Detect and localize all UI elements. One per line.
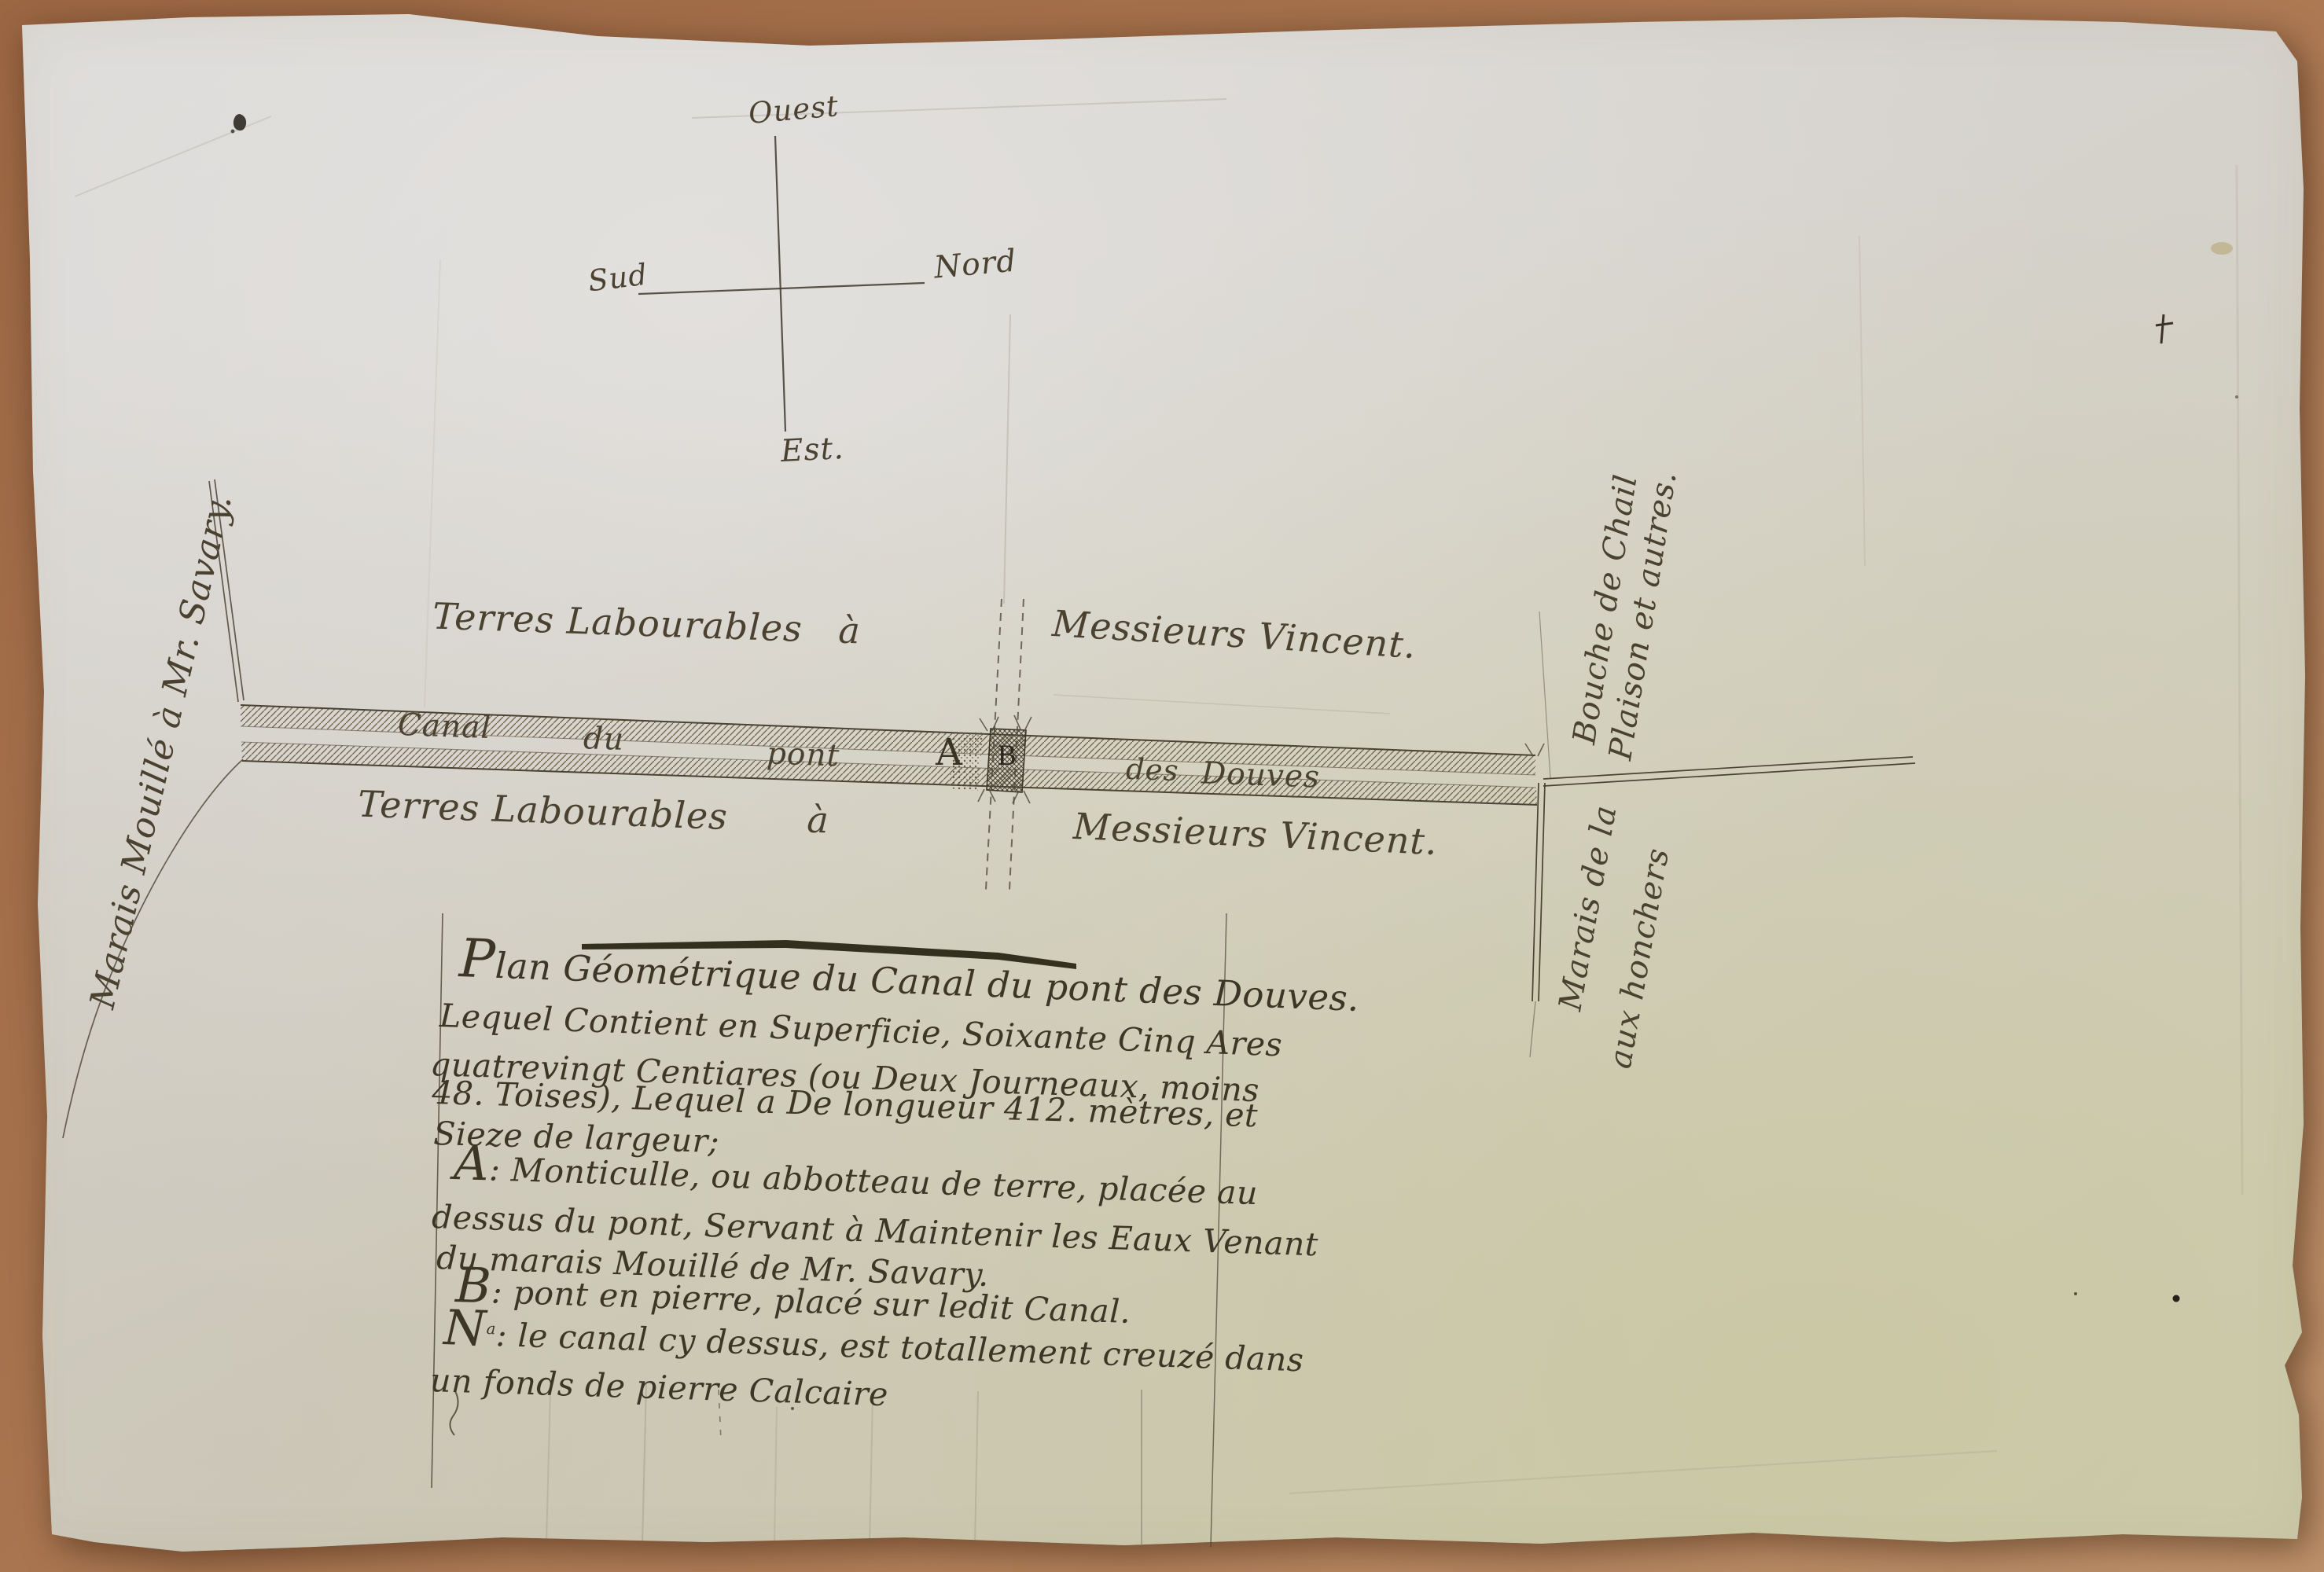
canal-label-pont: pont — [766, 736, 840, 773]
legend-lead: P — [458, 927, 497, 990]
compass-label-east: Est. — [780, 431, 845, 469]
compass-cross — [638, 136, 925, 432]
canal-label-du: du — [583, 721, 625, 758]
canal-label-canal: Canal — [397, 707, 491, 746]
photo-of-manuscript-map: Ouest Sud Nord Est. Marais Mouillé à Mr.… — [0, 0, 2324, 1572]
canal-label-des: des — [1125, 752, 1179, 788]
compass-label-north: Nord — [932, 244, 1018, 286]
terres-bottom-a: à — [806, 798, 829, 841]
compass-label-south: Sud — [587, 258, 650, 299]
terres-top-a: à — [837, 609, 861, 652]
marker-a-label: A — [936, 731, 963, 774]
marker-b-label: B — [997, 740, 1017, 772]
canal-label-douves: Douves — [1201, 755, 1320, 795]
